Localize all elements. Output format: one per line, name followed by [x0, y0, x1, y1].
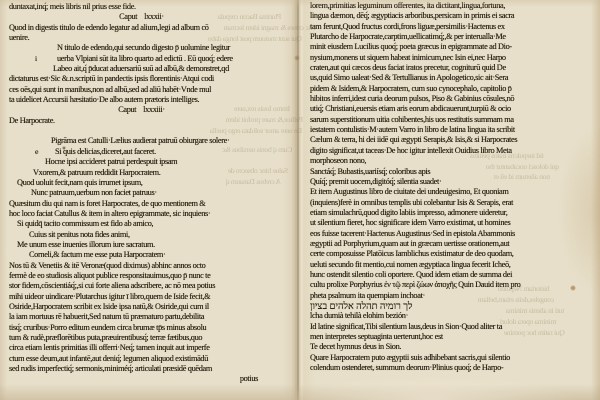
text-line: certe composuisse Platōicus Iamblichus e…: [310, 249, 600, 259]
line-text: Plutarcho de Harpocrate,carptim,uellicat…: [310, 32, 506, 41]
line-text: circa etiam lentis primitias illi offerr…: [9, 343, 210, 352]
line-text: Si quidq̄ tacito commissum est fido ab a…: [17, 219, 153, 228]
line-text: iestatem contulistis·M·autem Varro in li…: [310, 125, 515, 134]
line-text: Nos tū & Venetiis & itē Veronæ(quod dixi…: [9, 261, 205, 270]
text-line: cultu prolixe Porphyrius ἐν τῷ περὶ ζώων…: [310, 280, 600, 290]
guide-letter: e: [35, 147, 38, 157]
line-text: cultu prolixe Porphyrius ἐν τῷ περὶ ζώων…: [310, 280, 520, 289]
line-text: utiq́; Christiani,euersis etiam aris eor…: [310, 104, 511, 113]
line-text: ægyptii ad Porphyrium,quam aut in græcam…: [310, 239, 509, 248]
text-line: ces oēs,qui sunt in manibus,non ad albū,…: [9, 85, 296, 95]
text-line: mihi uideor uindicare·Plutarchus igitur …: [9, 292, 296, 302]
line-text: Quæsitum diu qui nam is foret Harpocrate…: [9, 199, 205, 208]
line-text: Quod in digestis titulo de edendo legatu…: [9, 23, 209, 32]
text-line: Quod in digestis titulo de edendo legatu…: [9, 23, 296, 33]
line-text: Te decet hymnus deus in Sion.: [310, 342, 401, 351]
text-line: uenire.: [9, 33, 296, 43]
text-line: fermè de eo studiosis aliquot publice re…: [9, 271, 296, 281]
line-text: pidem & Isidem,& Harpocratem, cum suo cy…: [310, 84, 512, 93]
line-text: (inquiens)ferè in omnibus templis ubi co…: [310, 198, 513, 207]
text-line: pheta psalmum ita quempiam inchoat·: [310, 291, 600, 301]
text-line: duntaxat,inq́; meis libris nil prius ess…: [9, 2, 296, 12]
line-text: nysium,monens ut siquem habeat inimicum,…: [310, 53, 506, 62]
line-text: ut silentium fieret, hoc significare ide…: [310, 218, 510, 227]
text-line: ut silentium fieret, hoc significare ide…: [310, 218, 600, 228]
text-line: us,quid Simo ualeat·Sed & Tertullianus i…: [310, 73, 600, 83]
line-text: lingua dæmon, dēq́; ægyptiacis arboribus…: [310, 11, 514, 20]
left-page: duntaxat,inq́; meis libris nil prius ess…: [0, 0, 296, 400]
line-text: לך רומיה תהלה אלהים בציון: [310, 301, 412, 312]
line-text: tam ferunt,Quod fructus cordi,frons ligu…: [310, 22, 505, 31]
line-text: Si quis delicias,diceret,aut faceret.: [55, 147, 156, 156]
text-line: ægyptii ad Porphyrium,quam aut in græcam…: [310, 239, 600, 249]
text-line: hibitos inferri,idest curia deorum pulso…: [310, 94, 600, 104]
line-text: colendum ostenderet, summum deorum·Plini…: [310, 363, 503, 372]
text-line: sed rudis imperfectiq́; sermonis,miniméq…: [9, 364, 296, 374]
line-text: tisq́; cruribus·Porro editum eundem circ…: [9, 323, 206, 332]
line-text: Sanctáq́; Bubastis,uariísq́; coloribus a…: [310, 167, 430, 176]
line-text: ta uidelicet Accursii hæsitatio·De albo …: [9, 95, 199, 104]
text-line: circa etiam lentis primitias illi offerr…: [9, 343, 296, 353]
line-text: tum & rudè,præflorētibus puta,præuirenti…: [9, 333, 202, 342]
line-text: us,quid Simo ualeat·Sed & Tertullianus i…: [310, 73, 508, 82]
line-text: Corneli,& factum me esse puta Harpocrate…: [29, 250, 165, 259]
text-line: tum & rudè,præflorētibus puta,præuirenti…: [9, 333, 296, 343]
text-line: la iam mortuus rē habuerit,Sed natum tū …: [9, 312, 296, 322]
text-line: morphoseon nono,: [310, 156, 600, 166]
text-line: Nos tū & Venetiis & itē Veronæ(quod dixi…: [9, 261, 296, 271]
line-text: etiam simulachrū,quod digito labiis impr…: [310, 208, 507, 217]
line-text: Quare Harpocratem puto ægyptii suis adhi…: [310, 353, 510, 362]
line-text: digito significat,ut taceas·De hoc igitu…: [310, 146, 512, 155]
text-line: Pigrāma est Catulli·Lælius audierat patr…: [9, 136, 296, 146]
line-text: Hocne ipsi accideret patrui perdespuit i…: [45, 157, 177, 166]
text-line: colendum ostenderet, summum deorum·Plini…: [310, 363, 600, 373]
line-text: N titulo de edendo,qui secundo digesto p…: [57, 43, 230, 52]
text-line: lingua dæmon, dēq́; ægyptiacis arboribus…: [310, 11, 600, 21]
line-text: Nunc patruum,uerbum non faciet patruus·: [31, 188, 157, 197]
text-line: ta uidelicet Accursii hæsitatio·De albo …: [9, 95, 296, 105]
guide-letter: i: [35, 54, 37, 64]
text-line: digito significat,ut taceas·De hoc igitu…: [310, 146, 600, 156]
text-line: tisq́; cruribus·Porro editum eundem circ…: [9, 323, 296, 333]
text-line: lorem,primitias leguminum offerentes, it…: [310, 1, 600, 11]
text-line: iestatem contulistis·M·autem Varro in li…: [310, 125, 600, 135]
text-line: Te decet hymnus deus in Sion.: [310, 342, 600, 352]
line-text: sed rudis imperfectiq́; sermonis,miniméq…: [9, 364, 212, 373]
text-line: Et item Augustinus libro de ciuitate dei…: [310, 187, 600, 197]
line-text: pheta psalmum ita quempiam inchoat·: [310, 291, 425, 300]
line-text: uerba Vlpiani sūt ita libro quarto ad ed…: [57, 54, 233, 63]
text-line: stor fidem,cōscientiáq́;,si cui forte al…: [9, 281, 296, 291]
line-text: certe composuisse Platōicus Iamblichus e…: [310, 249, 514, 258]
text-line: etiam simulachrū,quod digito labiis impr…: [310, 208, 600, 218]
line-text: ueluti secundo fit mentio,cui nomen ægyp…: [310, 260, 511, 269]
line-text: fermè de eo studiosis aliquot publice re…: [9, 271, 210, 280]
text-line: Quæsitum diu qui nam is foret Harpocrate…: [9, 199, 296, 209]
line-text: minit eiusdem Lucilius quoq́; poeta græc…: [310, 42, 512, 51]
text-line: nysium,monens ut siquem habeat inimicum,…: [310, 53, 600, 63]
line-text: Et item Augustinus libro de ciuitate dei…: [310, 187, 508, 196]
text-line: hunc ostendit silentio coli oportere. Qu…: [310, 270, 600, 280]
line-text: uenire.: [9, 33, 29, 42]
line-text: hibitos inferri,idest curia deorum pulso…: [310, 94, 514, 103]
line-text: sarum superstitionum uitia cohibentes,hi…: [310, 115, 514, 124]
line-text: lorem,primitias leguminum offerentes, it…: [310, 1, 505, 10]
text-line: iuerba Vlpiani sūt ita libro quarto ad e…: [9, 54, 296, 64]
book-spread: duntaxat,inq́; meis libris nil prius ess…: [0, 0, 600, 400]
line-text: mihi uideor uindicare·Plutarchus igitur …: [9, 292, 210, 301]
line-text: eos fuisse tacerent·Hactenus Augustinus·…: [310, 229, 515, 238]
line-text: Vxorem,& patruum reddidit Harpocratem.: [33, 168, 160, 177]
line-text: Quod uoluit fecit,nam quis irrumet ipsum…: [17, 178, 143, 187]
text-line: Nunc patruum,uerbum non faciet patruus·: [9, 188, 296, 198]
text-line: ueluti secundo fit mentio,cui nomen ægyp…: [310, 260, 600, 270]
text-line: (inquiens)ferè in omnibus templis ubi co…: [310, 198, 600, 208]
text-line: Cuius sit penitus nota fides animi,: [9, 230, 296, 240]
text-line: eos fuisse tacerent·Hactenus Augustinus·…: [310, 229, 600, 239]
line-text: morphoseon nono,: [310, 156, 366, 165]
line-text: Cuius sit penitus nota fides animi,: [29, 230, 130, 239]
text-line: Hocne ipsi accideret patrui perdespuit i…: [9, 157, 296, 167]
catchword: potius: [9, 374, 296, 384]
text-line: Plutarcho de Harpocrate,carptim,uellicat…: [310, 32, 600, 42]
text-line: Quíq́; premit uocem,digitóq́; silentia s…: [310, 177, 600, 187]
text-line: lcha dumià tehilà elohim bezión·: [310, 311, 600, 321]
text-line: Osiride,Harpocratem scribit ex Iside ips…: [9, 302, 296, 312]
line-text: hunc ostendit silentio coli oportere. Qu…: [310, 270, 512, 279]
line-text: lcha dumià tehilà elohim bezión·: [310, 311, 408, 320]
text-line: Me unum esse inuenies illorum iure sacra…: [9, 240, 296, 250]
line-text: craten,aut qui cæcos deus faciat iratos …: [310, 63, 506, 72]
text-line: Corneli,& factum me esse puta Harpocrate…: [9, 250, 296, 260]
text-line: craten,aut qui cæcos deus faciat iratos …: [310, 63, 600, 73]
line-text: stor fidem,cōscientiáq́;,si cui forte al…: [9, 281, 215, 290]
line-text: Me unum esse inuenies illorum iure sacra…: [17, 240, 155, 249]
text-line: N titulo de edendo,qui secundo digesto p…: [9, 43, 296, 53]
line-text: ctum esse deum,aut infantē,aut deniq́; l…: [9, 354, 208, 363]
line-text: duntaxat,inq́; meis libris nil prius ess…: [9, 2, 136, 11]
text-line: sarum superstitionum uitia cohibentes,hi…: [310, 115, 600, 125]
line-text: Pigrāma est Catulli·Lælius audierat patr…: [51, 136, 229, 145]
text-line: minit eiusdem Lucilius quoq́; poeta græc…: [310, 42, 600, 52]
line-text: Cælum & terra, hi dei iidē qui ægypti Se…: [310, 135, 517, 144]
text-line: Quare Harpocratem puto ægyptii suis adhi…: [310, 353, 600, 363]
text-line: Sanctáq́; Bubastis,uariísq́; coloribus a…: [310, 167, 600, 177]
line-text: potius: [240, 374, 258, 383]
line-text: Caput lxxxiii·: [118, 105, 165, 114]
text-line: tam ferunt,Quod fructus cordi,frons ligu…: [310, 22, 600, 32]
text-line: pidem & Isidem,& Harpocratem, cum suo cy…: [310, 84, 600, 94]
line-text: Labeo ait,q́ p̄ducat aduersariū suū ad a…: [53, 64, 229, 73]
text-line: men interpretes septuaginta uerterunt,ho…: [310, 332, 600, 342]
line-text: ces oēs,qui sunt in manibus,non ad albū,…: [9, 85, 211, 94]
line-text: Caput lxxxii·: [119, 12, 164, 21]
text-line: Cælum & terra, hi dei iidē qui ægypti Se…: [310, 135, 600, 145]
right-page: lorem,primitias leguminum offerentes, it…: [303, 0, 600, 400]
text-line: utiq́; Christiani,euersis etiam aris eor…: [310, 104, 600, 114]
line-text: men interpretes septuaginta uerterunt,ho…: [310, 332, 443, 341]
text-line: dictaturus est·Sic &.n.scriptū in pandec…: [9, 74, 296, 84]
chapter-heading: Caput lxxxii·: [9, 12, 296, 22]
line-text: dictaturus est·Sic &.n.scriptū in pandec…: [9, 74, 214, 83]
line-text: hoc loco faciat Catullus & item in alter…: [9, 209, 210, 218]
text-line: Id latine significat,Tibi silentium laus…: [310, 322, 600, 332]
line-text: De Harpocrate.: [9, 116, 55, 125]
line-text: la iam mortuus rē habuerit,Sed natum tū …: [9, 312, 204, 321]
text-line: Labeo ait,q́ p̄ducat aduersariū suū ad a…: [9, 64, 296, 74]
chapter-heading: Caput lxxxiii·: [9, 105, 296, 115]
line-text: Quíq́; premit uocem,digitóq́; silentia s…: [310, 177, 441, 186]
text-line: eSi quis delicias,diceret,aut faceret.: [9, 147, 296, 157]
line-text: Osiride,Harpocratem scribit ex Iside ips…: [9, 302, 209, 311]
text-line: De Harpocrate.: [9, 116, 296, 126]
text-line: ctum esse deum,aut infantē,aut deniq́; l…: [9, 354, 296, 364]
text-line: Quod uoluit fecit,nam quis irrumet ipsum…: [9, 178, 296, 188]
text-line: Si quidq̄ tacito commissum est fido ab a…: [9, 219, 296, 229]
text-line: hoc loco faciat Catullus & item in alter…: [9, 209, 296, 219]
line-text: Id latine significat,Tibi silentium laus…: [310, 322, 502, 331]
text-line: Vxorem,& patruum reddidit Harpocratem.: [9, 168, 296, 178]
hebrew-line: לך רומיה תהלה אלהים בציון: [310, 301, 600, 311]
